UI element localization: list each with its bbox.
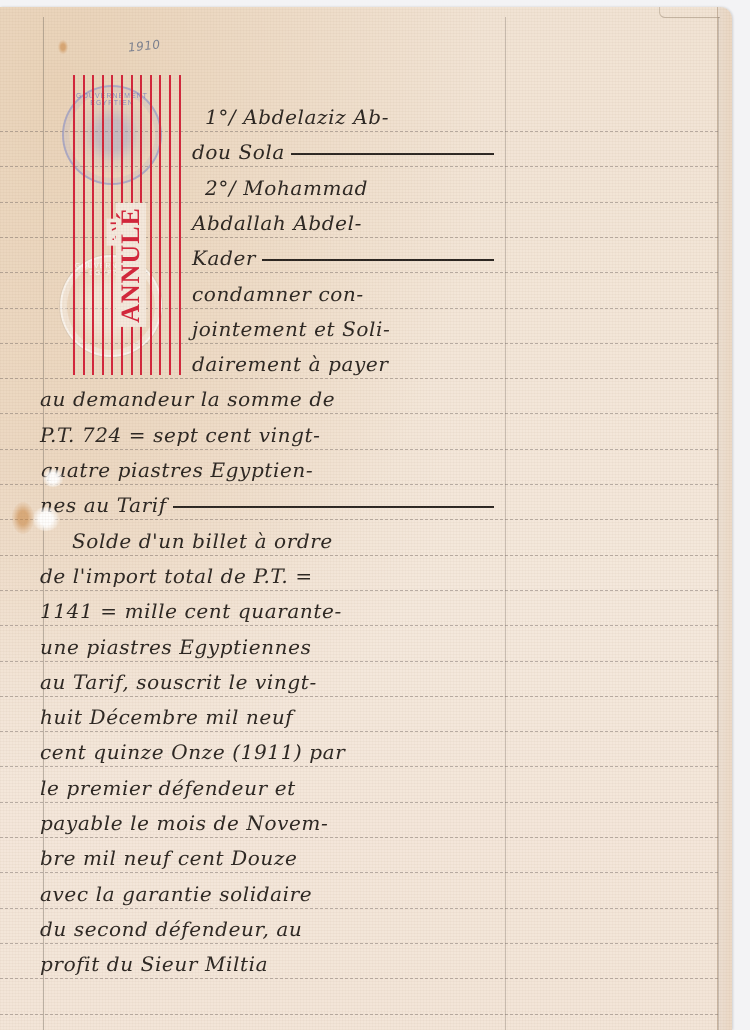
rust-stain <box>12 502 34 534</box>
handwritten-text: cent quinze Onze (1911) par <box>40 740 345 764</box>
handwritten-text: 1141 = mille cent quarante- <box>40 599 342 623</box>
paper-blemish <box>42 469 64 487</box>
annule-stripe <box>92 75 94 375</box>
ruled-line <box>0 484 718 485</box>
handwritten-line: une piastres Egyptiennes <box>40 635 311 659</box>
handwritten-text: Kader <box>192 246 256 270</box>
ruled-line <box>0 661 718 662</box>
handwritten-line: Abdallah Abdel- <box>192 211 362 235</box>
annule-stripe <box>179 75 181 375</box>
handwritten-line: huit Décembre mil neuf <box>40 705 293 729</box>
ruled-line <box>0 872 718 873</box>
ruled-line <box>0 943 718 944</box>
handwritten-line: Solde d'un billet à ordre <box>72 529 333 553</box>
ruled-line <box>0 555 718 556</box>
handwritten-text: au Tarif, souscrit le vingt- <box>40 670 317 694</box>
handwritten-line: au demandeur la somme de <box>40 387 335 411</box>
ruled-line <box>0 378 718 379</box>
ruled-line <box>0 625 718 626</box>
handwritten-line: 2°/ Mohammad <box>205 176 368 200</box>
line-filler-dash <box>262 259 494 261</box>
handwritten-line: du second défendeur, au <box>40 917 302 941</box>
ruled-line <box>0 978 718 979</box>
edge-margin-rule <box>718 17 719 1030</box>
annule-stripe <box>102 75 104 375</box>
handwritten-text: condamner con- <box>192 282 364 306</box>
ruled-line <box>0 766 718 767</box>
handwritten-text: le premier défendeur et <box>40 776 296 800</box>
handwritten-line: au Tarif, souscrit le vingt- <box>40 670 317 694</box>
ruled-line <box>0 590 718 591</box>
handwritten-text: dou Sola <box>192 140 285 164</box>
ruled-line <box>0 413 718 414</box>
page-corner-fold <box>659 7 720 18</box>
handwritten-line: le premier défendeur et <box>40 776 296 800</box>
handwritten-text: une piastres Egyptiennes <box>40 635 311 659</box>
right-margin-rule <box>505 17 506 1030</box>
handwritten-line: Kader <box>192 246 494 270</box>
handwritten-text: profit du Sieur Miltia <box>40 952 268 976</box>
handwritten-text: bre mil neuf cent Douze <box>40 846 297 870</box>
ruled-line <box>0 1014 718 1015</box>
handwritten-text: de l'import total de P.T. = <box>40 564 313 588</box>
handwritten-text: huit Décembre mil neuf <box>40 705 293 729</box>
annule-stripe <box>83 75 85 375</box>
page-edge-tear <box>734 470 750 498</box>
ruled-line <box>0 731 718 732</box>
handwritten-line: de l'import total de P.T. = <box>40 564 313 588</box>
ruled-line <box>0 837 718 838</box>
handwritten-text: du second défendeur, au <box>40 917 302 941</box>
handwritten-text: quatre piastres Egyptien- <box>40 458 313 482</box>
annule-stripe <box>169 75 171 375</box>
handwritten-line: jointement et Soli- <box>192 317 390 341</box>
handwritten-text: avec la garantie solidaire <box>40 882 312 906</box>
annule-cancellation-stamp: لاغٍ ANNULÉ <box>73 75 183 375</box>
handwritten-text: 2°/ Mohammad <box>205 176 368 200</box>
line-filler-dash <box>173 506 494 508</box>
handwritten-line: bre mil neuf cent Douze <box>40 846 297 870</box>
rust-stain <box>58 40 68 54</box>
handwritten-line: dairement à payer <box>192 352 389 376</box>
handwritten-line: 1141 = mille cent quarante- <box>40 599 342 623</box>
paper-blemish <box>32 507 60 531</box>
handwritten-text: payable le mois de Novem- <box>40 811 328 835</box>
line-filler-dash <box>291 153 494 155</box>
annule-stripe <box>159 75 161 375</box>
page-edge-strip <box>717 7 732 1030</box>
handwritten-text: P.T. 724 = sept cent vingt- <box>40 423 321 447</box>
ruled-line <box>0 519 718 520</box>
ruled-line <box>0 696 718 697</box>
handwritten-line: dou Sola <box>192 140 494 164</box>
handwritten-text: Solde d'un billet à ordre <box>72 529 333 553</box>
handwritten-line: P.T. 724 = sept cent vingt- <box>40 423 321 447</box>
document-page: 1910 GOUVERNEMENT EGYPTIEN GOUVERNEMENT … <box>0 7 732 1030</box>
ruled-line <box>0 449 718 450</box>
handwritten-line: quatre piastres Egyptien- <box>40 458 313 482</box>
handwritten-line: cent quinze Onze (1911) par <box>40 740 345 764</box>
handwritten-line: 1°/ Abdelaziz Ab- <box>205 105 389 129</box>
annule-stripe <box>150 75 152 375</box>
scan-background: 1910 GOUVERNEMENT EGYPTIEN GOUVERNEMENT … <box>0 0 750 1030</box>
handwritten-line: profit du Sieur Miltia <box>40 952 268 976</box>
handwritten-text: Abdallah Abdel- <box>192 211 362 235</box>
handwritten-text: 1°/ Abdelaziz Ab- <box>205 105 389 129</box>
handwritten-text: au demandeur la somme de <box>40 387 335 411</box>
annule-label: ANNULÉ <box>116 203 146 327</box>
handwritten-text: jointement et Soli- <box>192 317 390 341</box>
handwritten-line: payable le mois de Novem- <box>40 811 328 835</box>
handwritten-line: nes au Tarif <box>40 493 494 517</box>
handwritten-line: avec la garantie solidaire <box>40 882 312 906</box>
handwritten-text: dairement à payer <box>192 352 389 376</box>
ruled-line <box>0 908 718 909</box>
handwritten-line: condamner con- <box>192 282 364 306</box>
annule-stripe <box>73 75 75 375</box>
ruled-line <box>0 802 718 803</box>
year-margin-note: 1910 <box>127 37 161 54</box>
